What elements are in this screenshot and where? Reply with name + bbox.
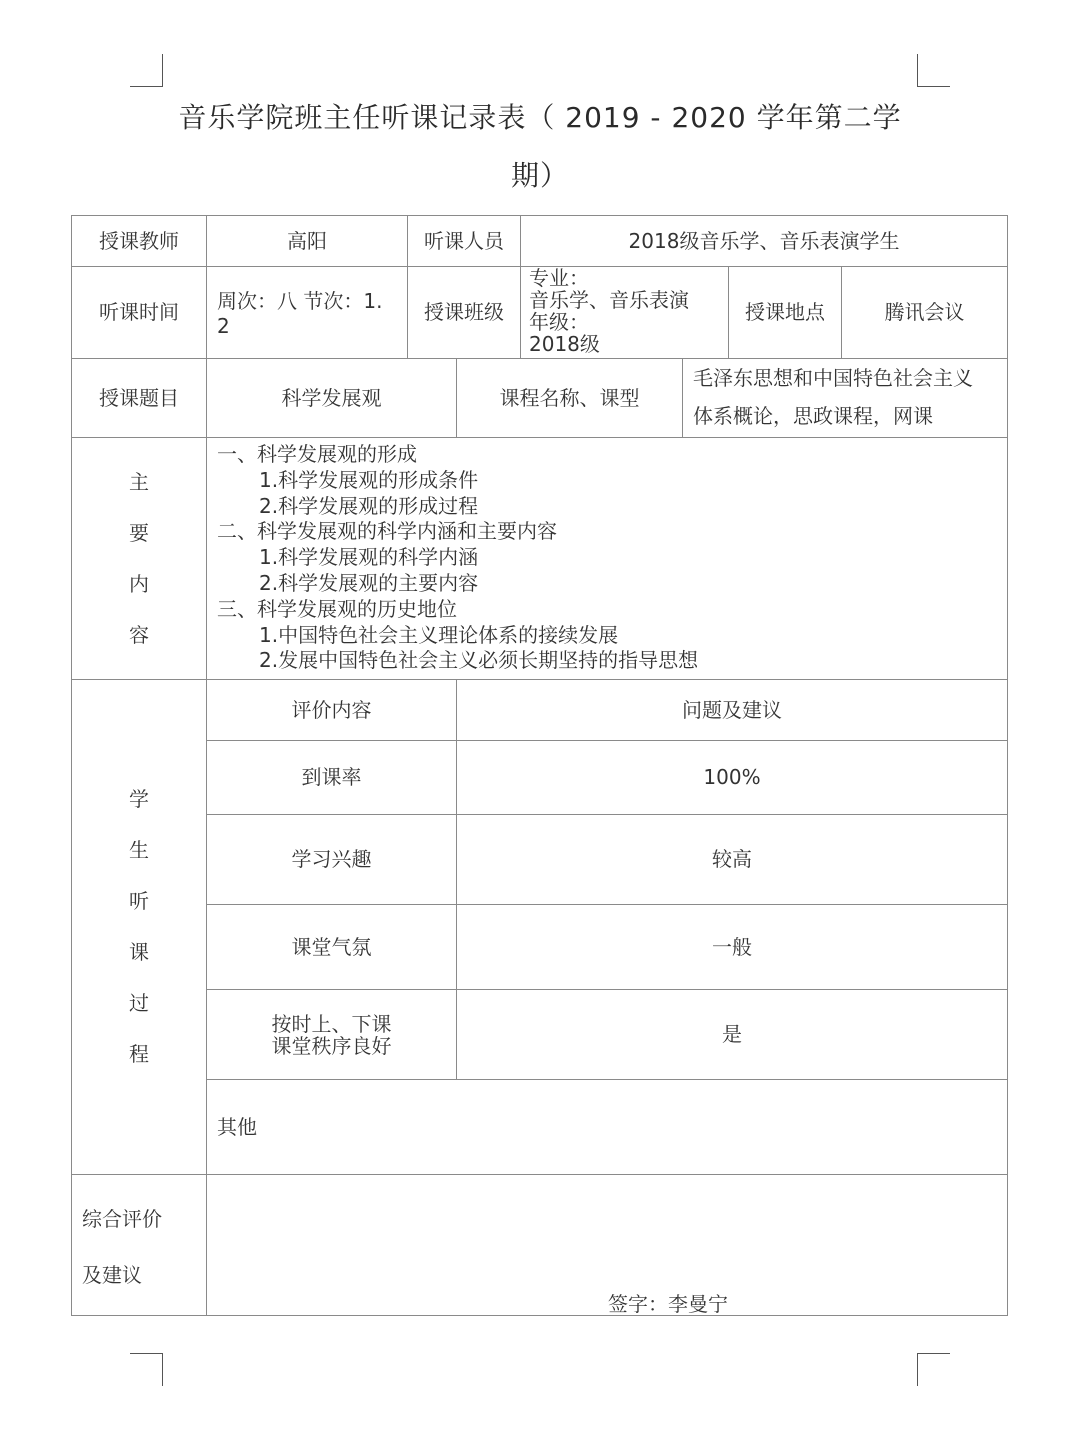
time-value-line1: 周次：八 节次：1. bbox=[217, 289, 382, 314]
course-label: 课程名称、课型 bbox=[456, 358, 683, 438]
document-title-continued: 期） bbox=[0, 154, 1080, 194]
label-char: 课 bbox=[129, 940, 149, 965]
class-label: 授课班级 bbox=[407, 266, 521, 359]
teacher-label: 授课教师 bbox=[71, 215, 207, 267]
process-label: 学 生 听 课 过 程 bbox=[71, 679, 207, 1175]
criteria-interest: 学习兴趣 bbox=[206, 814, 457, 905]
outline-subitem: 2.发展中国特色社会主义必须长期坚持的指导思想 bbox=[217, 648, 698, 674]
label-char: 容 bbox=[129, 623, 149, 648]
class-value: 专业： 音乐学、音乐表演 年级： 2018级 bbox=[520, 266, 729, 359]
label-char: 过 bbox=[129, 991, 149, 1016]
listener-label: 听课人员 bbox=[407, 215, 521, 267]
feedback-interest: 较高 bbox=[456, 814, 1008, 905]
main-content-label: 主 要 内 容 bbox=[71, 437, 207, 680]
label-char: 生 bbox=[129, 838, 149, 863]
label-char: 主 bbox=[129, 470, 149, 495]
criteria-line: 按时上、下课 bbox=[272, 1013, 392, 1035]
outline-item: 三、科学发展观的历史地位 bbox=[217, 597, 698, 623]
criteria-atmosphere: 课堂气氛 bbox=[206, 904, 457, 990]
location-value: 腾讯会议 bbox=[841, 266, 1008, 359]
other-notes: 其他 bbox=[206, 1079, 1008, 1175]
feedback-atmosphere: 一般 bbox=[456, 904, 1008, 990]
feedback-punctuality: 是 bbox=[456, 989, 1008, 1080]
document-title: 音乐学院班主任听课记录表（ 2019 - 2020 学年第二学 bbox=[0, 96, 1080, 136]
outline-item: 一、科学发展观的形成 bbox=[217, 442, 698, 468]
topic-value: 科学发展观 bbox=[206, 358, 457, 438]
crop-mark-top-right bbox=[917, 54, 950, 87]
criteria-header: 评价内容 bbox=[206, 679, 457, 741]
criteria-punctuality: 按时上、下课 课堂秩序良好 bbox=[206, 989, 457, 1080]
course-value-line2: 体系概论，思政课程，网课 bbox=[693, 397, 933, 435]
outline-subitem: 1.中国特色社会主义理论体系的接续发展 bbox=[217, 623, 698, 649]
label-char: 内 bbox=[129, 572, 149, 597]
class-value-line: 年级： bbox=[529, 311, 589, 333]
course-value: 毛泽东思想和中国特色社会主义 体系概论，思政课程，网课 bbox=[682, 358, 1008, 438]
outline-subitem: 2.科学发展观的主要内容 bbox=[217, 571, 698, 597]
class-value-line: 音乐学、音乐表演 bbox=[529, 289, 689, 311]
main-content-body: 一、科学发展观的形成 1.科学发展观的形成条件 2.科学发展观的形成过程 二、科… bbox=[206, 437, 1008, 680]
time-value-line2: 2 bbox=[217, 314, 230, 339]
feedback-attendance: 100% bbox=[456, 740, 1008, 815]
summary-label-line2: 及建议 bbox=[82, 1247, 142, 1303]
label-char: 学 bbox=[129, 787, 149, 812]
summary-body bbox=[206, 1174, 1008, 1316]
label-char: 要 bbox=[129, 521, 149, 546]
location-label: 授课地点 bbox=[728, 266, 842, 359]
crop-mark-bottom-left bbox=[130, 1353, 163, 1386]
time-value: 周次：八 节次：1. 2 bbox=[206, 266, 408, 359]
course-value-line1: 毛泽东思想和中国特色社会主义 bbox=[693, 359, 973, 397]
signature: 签字：李曼宁 bbox=[608, 1288, 728, 1317]
summary-label-line1: 综合评价 bbox=[82, 1191, 162, 1247]
outline-subitem: 1.科学发展观的形成条件 bbox=[217, 468, 698, 494]
outline-subitem: 1.科学发展观的科学内涵 bbox=[217, 545, 698, 571]
summary-label: 综合评价 及建议 bbox=[71, 1174, 207, 1316]
label-char: 听 bbox=[129, 889, 149, 914]
criteria-attendance: 到课率 bbox=[206, 740, 457, 815]
listener-value: 2018级音乐学、音乐表演学生 bbox=[520, 215, 1008, 267]
class-value-line: 2018级 bbox=[529, 333, 600, 355]
outline-list: 一、科学发展观的形成 1.科学发展观的形成条件 2.科学发展观的形成过程 二、科… bbox=[207, 438, 698, 674]
label-char: 程 bbox=[129, 1042, 149, 1067]
time-label: 听课时间 bbox=[71, 266, 207, 359]
crop-mark-top-left bbox=[130, 54, 163, 87]
crop-mark-bottom-right bbox=[917, 1353, 950, 1386]
outline-item: 二、科学发展观的科学内涵和主要内容 bbox=[217, 519, 698, 545]
class-value-line: 专业： bbox=[529, 267, 589, 289]
teacher-value: 高阳 bbox=[206, 215, 408, 267]
outline-subitem: 2.科学发展观的形成过程 bbox=[217, 494, 698, 520]
feedback-header: 问题及建议 bbox=[456, 679, 1008, 741]
criteria-line: 课堂秩序良好 bbox=[272, 1035, 392, 1057]
topic-label: 授课题目 bbox=[71, 358, 207, 438]
